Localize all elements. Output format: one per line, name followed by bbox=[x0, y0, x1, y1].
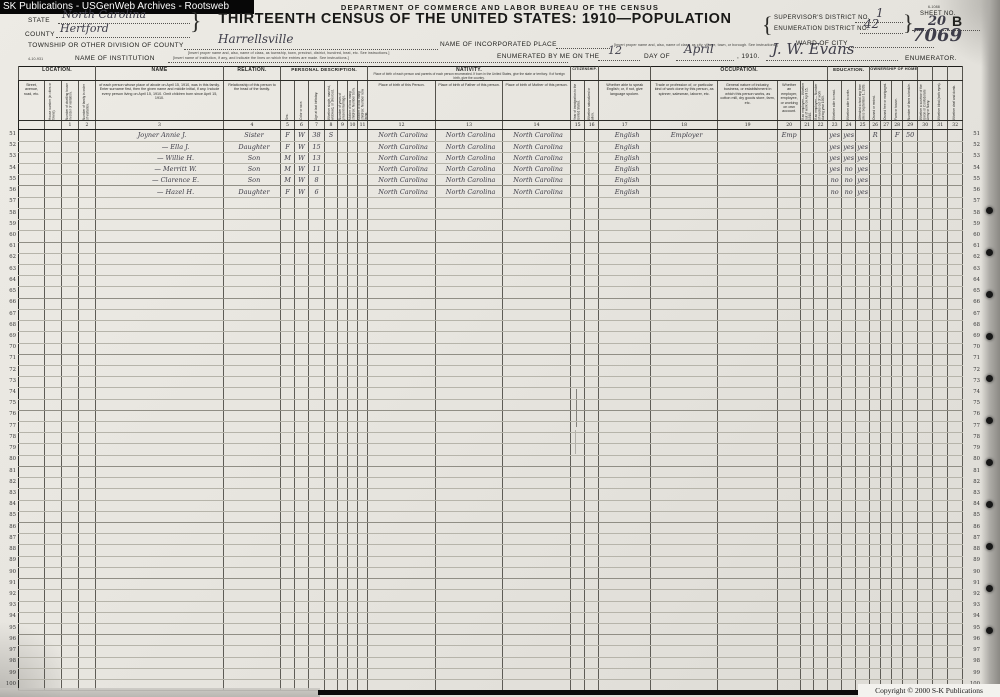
cell-owned bbox=[870, 152, 881, 163]
cell-war bbox=[918, 164, 933, 175]
cell-trade bbox=[651, 242, 718, 253]
scan-dot bbox=[986, 417, 993, 424]
cell-weeks_out bbox=[814, 365, 828, 376]
cell-pob_mother bbox=[503, 377, 571, 388]
row-number: 51 bbox=[966, 129, 980, 140]
cell-deaf bbox=[948, 164, 963, 175]
cell-pob bbox=[368, 478, 436, 489]
cell-farm_schedule bbox=[903, 186, 918, 197]
row-number: 80 bbox=[966, 454, 980, 465]
cell-mortgage bbox=[881, 377, 892, 388]
cell-pob_mother bbox=[503, 668, 571, 679]
township-note: [Insert proper name and, also, name of c… bbox=[188, 51, 440, 55]
cell-school bbox=[856, 242, 870, 253]
cell-war bbox=[918, 130, 933, 141]
cell-pob bbox=[368, 646, 436, 657]
cell-deaf bbox=[948, 175, 963, 186]
cell-school bbox=[856, 264, 870, 275]
cell-mortgage bbox=[881, 646, 892, 657]
cell-school: yes bbox=[856, 141, 870, 152]
enumeration-district-value: 42 bbox=[864, 17, 879, 31]
cell-pob_father bbox=[436, 511, 503, 522]
cell-pob bbox=[368, 388, 436, 399]
cell-write: yes bbox=[842, 130, 856, 141]
cell-pob_father bbox=[436, 556, 503, 567]
cell-street bbox=[19, 433, 45, 444]
scan-dot bbox=[986, 459, 993, 466]
group-header: NAME bbox=[96, 67, 224, 81]
cell-farm_home bbox=[892, 399, 903, 410]
cell-industry bbox=[718, 511, 778, 522]
cell-age: 15 bbox=[309, 141, 325, 152]
cell-employer bbox=[778, 197, 801, 208]
cell-immigration bbox=[571, 523, 585, 534]
cell-pob_mother bbox=[503, 332, 571, 343]
row-number: 61 bbox=[966, 241, 980, 252]
cell-war bbox=[918, 635, 933, 646]
cell-trade bbox=[651, 433, 718, 444]
cell-house bbox=[45, 186, 62, 197]
cell-employer bbox=[778, 657, 801, 668]
cell-yrs_married bbox=[338, 668, 348, 679]
cell-pob_mother bbox=[503, 466, 571, 477]
cell-house bbox=[45, 343, 62, 354]
cell-trade bbox=[651, 365, 718, 376]
cell-house bbox=[45, 141, 62, 152]
cell-marital bbox=[325, 567, 338, 578]
cell-name: — Merritt W. bbox=[96, 164, 224, 175]
table-row-69 bbox=[19, 332, 963, 343]
cell-farm_home bbox=[892, 298, 903, 309]
cell-out_of_work bbox=[801, 567, 814, 578]
cell-pob_mother: North Carolina bbox=[503, 130, 571, 141]
column-header-english: Whether able to speak English; or, if no… bbox=[599, 81, 651, 121]
county-line bbox=[56, 37, 190, 38]
cell-naturalized bbox=[585, 500, 599, 511]
cell-school bbox=[856, 197, 870, 208]
cell-pob bbox=[368, 556, 436, 567]
cell-weeks_out bbox=[814, 388, 828, 399]
cell-family bbox=[79, 253, 96, 264]
cell-street bbox=[19, 444, 45, 455]
cell-sex: F bbox=[281, 186, 295, 197]
column-header-naturalized: Whether naturalized or alien. bbox=[585, 81, 599, 121]
cell-marital bbox=[325, 141, 338, 152]
cell-marital bbox=[325, 354, 338, 365]
cell-read bbox=[828, 298, 842, 309]
row-number: 59 bbox=[966, 219, 980, 230]
cell-children_living bbox=[358, 130, 368, 141]
cell-owned bbox=[870, 309, 881, 320]
cell-mortgage bbox=[881, 511, 892, 522]
cell-name bbox=[96, 354, 224, 365]
table-row-89 bbox=[19, 556, 963, 567]
cell-age bbox=[309, 567, 325, 578]
cell-farm_schedule bbox=[903, 264, 918, 275]
cell-farm_schedule bbox=[903, 579, 918, 590]
cell-weeks_out bbox=[814, 545, 828, 556]
cell-sex bbox=[281, 623, 295, 634]
cell-family bbox=[79, 365, 96, 376]
cell-weeks_out bbox=[814, 197, 828, 208]
cell-employer bbox=[778, 332, 801, 343]
cell-pob bbox=[368, 455, 436, 466]
cell-trade bbox=[651, 276, 718, 287]
cell-pob: North Carolina bbox=[368, 164, 436, 175]
cell-school bbox=[856, 231, 870, 242]
cell-age bbox=[309, 321, 325, 332]
cell-pob bbox=[368, 545, 436, 556]
cell-employer bbox=[778, 567, 801, 578]
township-value: Harrellsville bbox=[218, 32, 293, 46]
brace-decoration: { bbox=[762, 12, 773, 38]
cell-immigration bbox=[571, 410, 585, 421]
cell-naturalized bbox=[585, 231, 599, 242]
cell-write bbox=[842, 534, 856, 545]
cell-name bbox=[96, 208, 224, 219]
row-number: 70 bbox=[2, 342, 16, 353]
cell-pob_mother bbox=[503, 231, 571, 242]
cell-pob_father bbox=[436, 478, 503, 489]
cell-naturalized bbox=[585, 354, 599, 365]
cell-war bbox=[918, 579, 933, 590]
cell-english bbox=[599, 231, 651, 242]
cell-street bbox=[19, 623, 45, 634]
cell-farm_schedule bbox=[903, 343, 918, 354]
cell-read bbox=[828, 410, 842, 421]
supervisor-district-label: Supervisor's District No. bbox=[774, 15, 870, 21]
cell-employer bbox=[778, 601, 801, 612]
table-row-67 bbox=[19, 309, 963, 320]
cell-pob bbox=[368, 399, 436, 410]
group-header: NATIVITY.Place of birth of each person a… bbox=[368, 67, 571, 81]
cell-war bbox=[918, 422, 933, 433]
cell-color bbox=[295, 466, 309, 477]
cell-war bbox=[918, 623, 933, 634]
cell-name bbox=[96, 410, 224, 421]
cell-immigration bbox=[571, 186, 585, 197]
cell-school bbox=[856, 668, 870, 679]
cell-dwelling bbox=[62, 422, 79, 433]
cell-yrs_married bbox=[338, 287, 348, 298]
cell-pob_mother bbox=[503, 579, 571, 590]
cell-war bbox=[918, 264, 933, 275]
cell-pob_mother bbox=[503, 388, 571, 399]
cell-deaf bbox=[948, 365, 963, 376]
cell-farm_home bbox=[892, 410, 903, 421]
cell-marital bbox=[325, 579, 338, 590]
cell-dwelling bbox=[62, 287, 79, 298]
cell-relation bbox=[224, 657, 281, 668]
cell-weeks_out bbox=[814, 276, 828, 287]
cell-farm_home bbox=[892, 309, 903, 320]
cell-school bbox=[856, 309, 870, 320]
cell-write bbox=[842, 500, 856, 511]
cell-marital bbox=[325, 276, 338, 287]
cell-weeks_out bbox=[814, 523, 828, 534]
cell-children_born bbox=[348, 242, 358, 253]
cell-relation bbox=[224, 321, 281, 332]
table-row-83 bbox=[19, 489, 963, 500]
cell-write bbox=[842, 635, 856, 646]
cell-pob_mother bbox=[503, 309, 571, 320]
cell-farm_home bbox=[892, 635, 903, 646]
row-number: 65 bbox=[966, 286, 980, 297]
cell-blind bbox=[933, 433, 948, 444]
cell-marital bbox=[325, 309, 338, 320]
cell-dwelling bbox=[62, 164, 79, 175]
cell-naturalized bbox=[585, 668, 599, 679]
cell-farm_home bbox=[892, 332, 903, 343]
column-header-pob_mother: Place of birth of Mother of this person. bbox=[503, 81, 571, 121]
cell-family bbox=[79, 231, 96, 242]
cell-weeks_out bbox=[814, 668, 828, 679]
cell-farm_schedule bbox=[903, 601, 918, 612]
cell-school bbox=[856, 444, 870, 455]
cell-blind bbox=[933, 220, 948, 231]
cell-out_of_work bbox=[801, 321, 814, 332]
cell-farm_schedule bbox=[903, 545, 918, 556]
cell-children_living bbox=[358, 534, 368, 545]
cell-relation bbox=[224, 511, 281, 522]
row-number: 64 bbox=[2, 275, 16, 286]
cell-dwelling bbox=[62, 478, 79, 489]
cell-school bbox=[856, 478, 870, 489]
table-row-78 bbox=[19, 433, 963, 444]
cell-owned bbox=[870, 444, 881, 455]
column-number-house bbox=[45, 121, 62, 130]
cell-write: no bbox=[842, 175, 856, 186]
cell-write bbox=[842, 264, 856, 275]
cell-dwelling bbox=[62, 523, 79, 534]
cell-yrs_married bbox=[338, 511, 348, 522]
bottom-edge-shade bbox=[0, 688, 320, 697]
cell-farm_schedule bbox=[903, 388, 918, 399]
cell-relation bbox=[224, 298, 281, 309]
cell-mortgage bbox=[881, 601, 892, 612]
cell-school bbox=[856, 287, 870, 298]
cell-street bbox=[19, 377, 45, 388]
table-row-82 bbox=[19, 478, 963, 489]
column-header-owned: Owned or rented. bbox=[870, 81, 881, 121]
cell-mortgage bbox=[881, 478, 892, 489]
cell-naturalized bbox=[585, 455, 599, 466]
cell-mortgage bbox=[881, 545, 892, 556]
cell-house bbox=[45, 377, 62, 388]
cell-sex bbox=[281, 264, 295, 275]
cell-dwelling bbox=[62, 343, 79, 354]
cell-english bbox=[599, 657, 651, 668]
cell-color bbox=[295, 264, 309, 275]
cell-children_born bbox=[348, 579, 358, 590]
cell-yrs_married bbox=[338, 164, 348, 175]
cell-age bbox=[309, 208, 325, 219]
cell-marital bbox=[325, 332, 338, 343]
cell-pob bbox=[368, 365, 436, 376]
column-header-children_living: Mother of how many children: Number now … bbox=[358, 81, 368, 121]
cell-immigration bbox=[571, 287, 585, 298]
cell-farm_home bbox=[892, 208, 903, 219]
cell-marital bbox=[325, 635, 338, 646]
row-number: 64 bbox=[966, 275, 980, 286]
cell-sex bbox=[281, 399, 295, 410]
cell-owned bbox=[870, 242, 881, 253]
cell-employer bbox=[778, 478, 801, 489]
group-header bbox=[599, 67, 651, 81]
cell-relation bbox=[224, 287, 281, 298]
cell-children_living bbox=[358, 175, 368, 186]
incorporated-line bbox=[556, 48, 610, 49]
cell-farm_home bbox=[892, 657, 903, 668]
row-number: 54 bbox=[966, 163, 980, 174]
cell-pob_father bbox=[436, 567, 503, 578]
cell-street bbox=[19, 556, 45, 567]
cell-children_born bbox=[348, 287, 358, 298]
cell-english bbox=[599, 534, 651, 545]
cell-deaf bbox=[948, 545, 963, 556]
cell-children_born bbox=[348, 220, 358, 231]
cell-pob bbox=[368, 276, 436, 287]
cell-employer bbox=[778, 354, 801, 365]
cell-owned bbox=[870, 164, 881, 175]
cell-trade bbox=[651, 635, 718, 646]
cell-yrs_married bbox=[338, 264, 348, 275]
cell-weeks_out bbox=[814, 489, 828, 500]
cell-family bbox=[79, 433, 96, 444]
cell-immigration bbox=[571, 365, 585, 376]
cell-mortgage bbox=[881, 354, 892, 365]
cell-write bbox=[842, 343, 856, 354]
cell-family bbox=[79, 242, 96, 253]
cell-color bbox=[295, 556, 309, 567]
cell-children_living bbox=[358, 444, 368, 455]
row-number: 76 bbox=[966, 409, 980, 420]
cell-age bbox=[309, 478, 325, 489]
cell-relation bbox=[224, 444, 281, 455]
cell-immigration bbox=[571, 220, 585, 231]
cell-sex: M bbox=[281, 152, 295, 163]
cell-yrs_married bbox=[338, 635, 348, 646]
cell-owned bbox=[870, 186, 881, 197]
cell-industry bbox=[718, 635, 778, 646]
cell-family bbox=[79, 287, 96, 298]
cell-blind bbox=[933, 231, 948, 242]
column-number-trade: 18 bbox=[651, 121, 718, 130]
cell-english bbox=[599, 545, 651, 556]
cell-out_of_work bbox=[801, 422, 814, 433]
cell-children_living bbox=[358, 152, 368, 163]
column-header-mortgage: Owned free or mortgaged. bbox=[881, 81, 892, 121]
cell-out_of_work bbox=[801, 343, 814, 354]
cell-school: yes bbox=[856, 175, 870, 186]
row-numbers-right: 5152535455565758596061626364656667686970… bbox=[966, 129, 980, 690]
cell-yrs_married bbox=[338, 623, 348, 634]
cell-english bbox=[599, 590, 651, 601]
cell-sex bbox=[281, 208, 295, 219]
cell-blind bbox=[933, 623, 948, 634]
scan-dot bbox=[986, 627, 993, 634]
cell-deaf bbox=[948, 455, 963, 466]
cell-blind bbox=[933, 287, 948, 298]
cell-children_born bbox=[348, 309, 358, 320]
cell-street bbox=[19, 208, 45, 219]
cell-trade bbox=[651, 478, 718, 489]
cell-pob bbox=[368, 242, 436, 253]
cell-war bbox=[918, 567, 933, 578]
cell-name bbox=[96, 500, 224, 511]
cell-pob_mother: North Carolina bbox=[503, 175, 571, 186]
cell-mortgage bbox=[881, 321, 892, 332]
cell-yrs_married bbox=[338, 388, 348, 399]
cell-farm_home bbox=[892, 377, 903, 388]
cell-yrs_married bbox=[338, 343, 348, 354]
cell-industry bbox=[718, 422, 778, 433]
cell-age bbox=[309, 220, 325, 231]
cell-employer bbox=[778, 208, 801, 219]
day-of-label: day of bbox=[644, 53, 670, 60]
cell-yrs_married bbox=[338, 478, 348, 489]
cell-war bbox=[918, 646, 933, 657]
cell-industry bbox=[718, 242, 778, 253]
cell-dwelling bbox=[62, 242, 79, 253]
cell-age bbox=[309, 455, 325, 466]
cell-color bbox=[295, 422, 309, 433]
cell-family bbox=[79, 309, 96, 320]
cell-war bbox=[918, 388, 933, 399]
cell-street bbox=[19, 332, 45, 343]
cell-age bbox=[309, 264, 325, 275]
column-header-marital: Whether single, married, widowed, or div… bbox=[325, 81, 338, 121]
row-number: 90 bbox=[2, 567, 16, 578]
cell-owned bbox=[870, 657, 881, 668]
state-value: North Carolina bbox=[62, 8, 146, 21]
cell-farm_schedule bbox=[903, 354, 918, 365]
cell-marital bbox=[325, 175, 338, 186]
cell-sex bbox=[281, 276, 295, 287]
row-number: 99 bbox=[2, 668, 16, 679]
cell-industry bbox=[718, 231, 778, 242]
cell-trade bbox=[651, 601, 718, 612]
cell-farm_schedule bbox=[903, 242, 918, 253]
row-number: 65 bbox=[2, 286, 16, 297]
cell-employer bbox=[778, 635, 801, 646]
cell-family bbox=[79, 410, 96, 421]
cell-immigration bbox=[571, 152, 585, 163]
cell-deaf bbox=[948, 579, 963, 590]
cell-read bbox=[828, 545, 842, 556]
cell-trade bbox=[651, 141, 718, 152]
cell-children_living bbox=[358, 186, 368, 197]
row-number: 95 bbox=[2, 623, 16, 634]
cell-english bbox=[599, 444, 651, 455]
copyright-notice: Copyright © 2000 S-K Publications bbox=[858, 684, 1000, 697]
cell-color: W bbox=[295, 186, 309, 197]
cell-marital bbox=[325, 197, 338, 208]
cell-farm_schedule bbox=[903, 152, 918, 163]
row-number: 73 bbox=[2, 376, 16, 387]
cell-farm_schedule bbox=[903, 500, 918, 511]
cell-write bbox=[842, 422, 856, 433]
cell-pob_father: North Carolina bbox=[436, 186, 503, 197]
cell-farm_home bbox=[892, 466, 903, 477]
cell-trade bbox=[651, 489, 718, 500]
cell-out_of_work bbox=[801, 410, 814, 421]
cell-pob_father bbox=[436, 388, 503, 399]
cell-owned bbox=[870, 523, 881, 534]
cell-children_born bbox=[348, 601, 358, 612]
cell-weeks_out bbox=[814, 601, 828, 612]
row-number: 94 bbox=[966, 611, 980, 622]
